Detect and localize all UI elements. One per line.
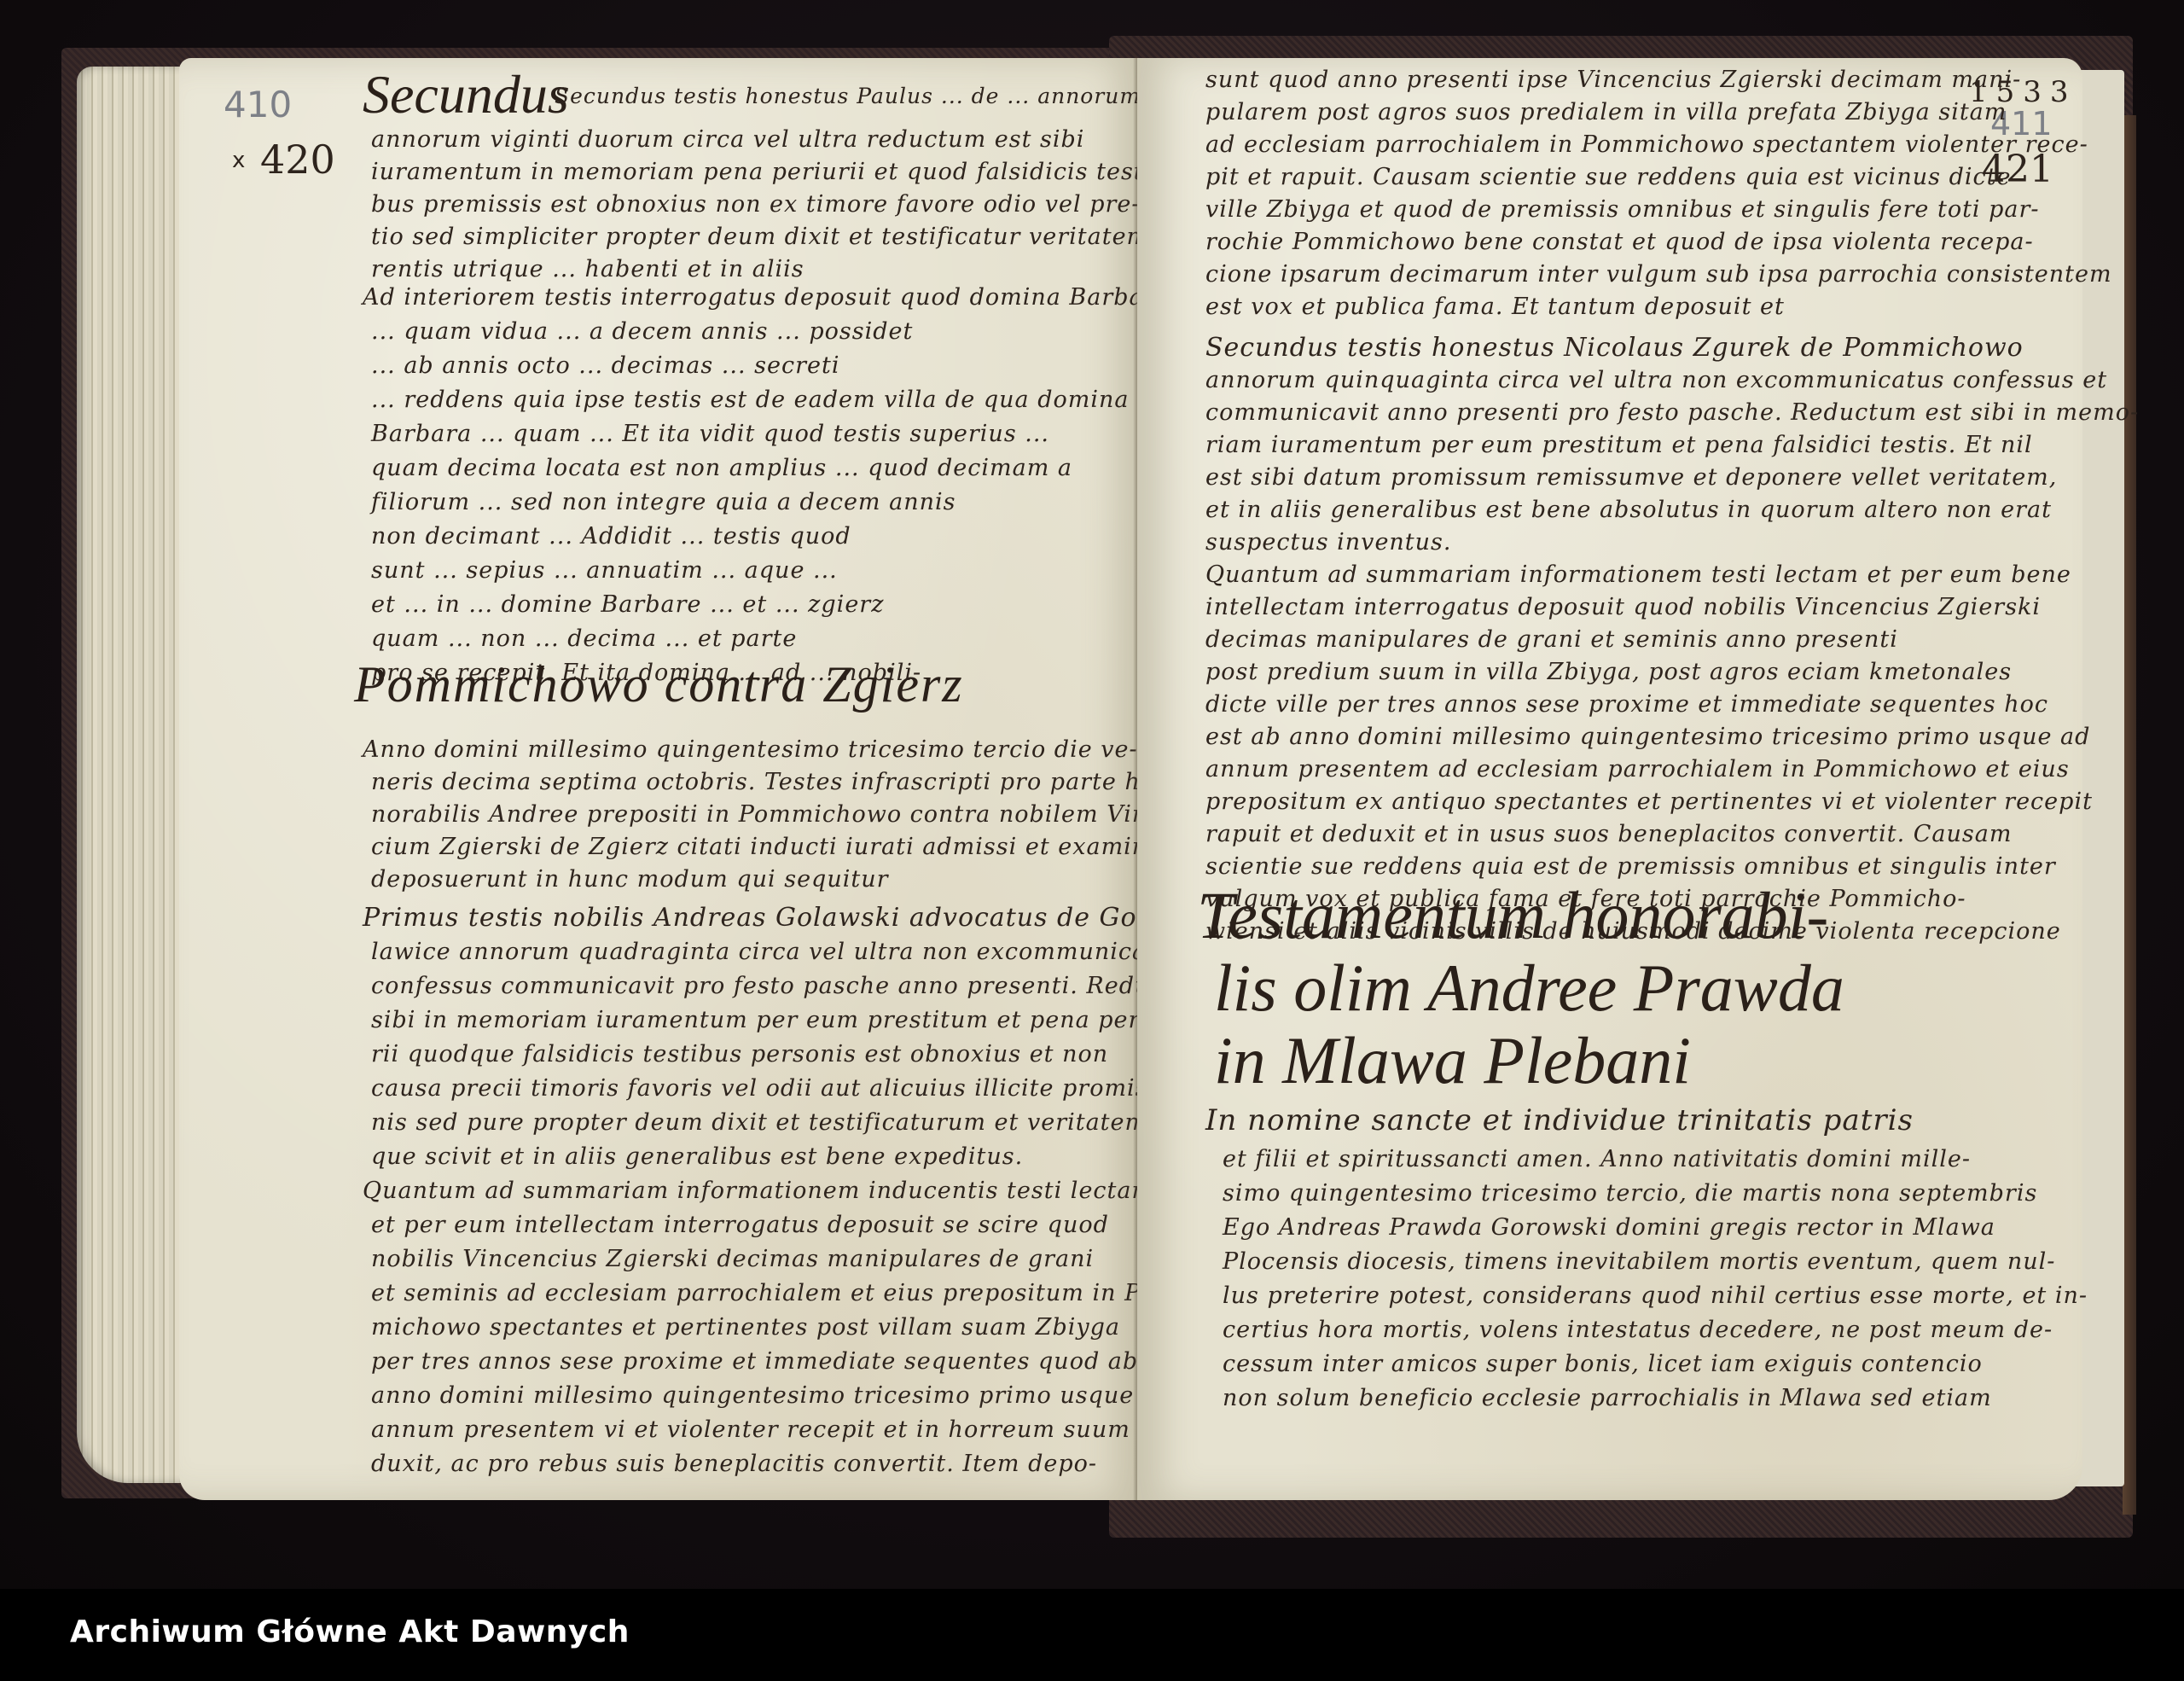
title-line: in Mlawa Plebani	[1214, 1022, 1691, 1099]
right-page: 1533 411 421 sunt quod anno presenti ips…	[1137, 58, 2082, 1500]
text-line: prepositum ex antiquo spectantes et pert…	[1205, 788, 2093, 815]
text-line: deposuerunt in hunc modum qui sequitur	[371, 866, 889, 893]
text-line: confessus communicavit pro festo pasche …	[371, 973, 1258, 999]
text-line: anno domini millesimo quingentesimo tric…	[371, 1382, 1172, 1409]
section-heading: Pommichowo contra Zgierz	[354, 655, 964, 714]
title-line: Testamentum honorabi-	[1197, 877, 1828, 954]
text-line: intellectam interrogatus deposuit quod n…	[1205, 594, 2041, 620]
text-line: simo quingentesimo tricesimo tercio, die…	[1223, 1180, 2037, 1207]
title-line: lis olim Andree Prawda	[1214, 950, 1844, 1027]
book-cover-edge	[2123, 115, 2136, 1515]
text-line: bus premissis est obnoxius non ex timore…	[371, 191, 1140, 218]
text-line: pularem post agros suos predialem in vil…	[1205, 99, 2007, 125]
text-line: rochie Pommichowo bene constat et quod d…	[1205, 229, 2034, 255]
text-line: quam decima locata est non amplius ... q…	[371, 455, 1072, 481]
folio-pencil-left: 410	[224, 84, 292, 125]
text-line: rii quodque falsidicis testibus personis…	[371, 1041, 1108, 1067]
text-line: suspectus inventus.	[1205, 529, 1452, 555]
text-line: rentis utrique ... habenti et in aliis	[371, 256, 804, 282]
manuscript-scan: 410 x 420 Secundus Secundus testis hones…	[0, 0, 2184, 1589]
text-line: Anno domini millesimo quingentesimo tric…	[363, 736, 1138, 763]
text-line: neris decima septima octobris. Testes in…	[371, 769, 1164, 795]
text-line: ... quam vidua ... a decem annis ... pos…	[371, 318, 913, 345]
text-line: duxit, ac pro rebus suis beneplacitis co…	[371, 1451, 1097, 1477]
text-line: iuramentum in memoriam pena periurii et …	[371, 159, 1160, 185]
text-line: post predium suum in villa Zbiyga, post …	[1205, 659, 2012, 685]
text-line: lawice annorum quadraginta circa vel ult…	[371, 939, 1185, 965]
text-line: et in aliis generalibus est bene absolut…	[1205, 497, 2052, 523]
text-line: Ad interiorem testis interrogatus deposu…	[363, 284, 1170, 311]
text-line: pit et rapuit. Causam scientie sue redde…	[1205, 164, 2011, 190]
text-line: annum presentem vi et violenter recepit …	[371, 1416, 1173, 1443]
folio-ink-left: 420	[260, 137, 335, 183]
text-line: et ... in ... domine Barbare ... et ... …	[371, 591, 884, 618]
text-line: dicte ville per tres annos sese proxime …	[1205, 691, 2048, 718]
text-line: scientie sue reddens quia est de premiss…	[1205, 853, 2056, 880]
text-line: quam ... non ... decima ... et parte	[371, 625, 797, 652]
text-line: Quantum ad summariam informationem induc…	[363, 1178, 1154, 1204]
text-line: Secundus testis honestus Nicolaus Zgurek…	[1205, 333, 2024, 363]
text-line: annorum quinquaginta circa vel ultra non…	[1205, 367, 2107, 393]
text-line: Primus testis nobilis Andreas Golawski a…	[363, 903, 1147, 933]
text-line: per tres annos sese proxime et immediate…	[371, 1348, 1138, 1375]
text-line: annorum viginti duorum circa vel ultra r…	[371, 126, 1084, 153]
text-line: Plocensis diocesis, timens inevitabilem …	[1223, 1248, 2055, 1275]
text-line: causa precii timoris favoris vel odii au…	[371, 1075, 1192, 1102]
text-line: sunt ... sepius ... annuatim ... aque ..…	[371, 557, 838, 584]
text-line: non decimant ... Addidit ... testis quod	[371, 523, 851, 550]
text-line: decimas manipulares de grani et seminis …	[1205, 626, 1898, 653]
footer-bar: Archiwum Główne Akt Dawnych	[0, 1589, 2184, 1681]
text-line: riam iuramentum per eum prestitum et pen…	[1205, 432, 2033, 458]
text-line: certius hora mortis, volens intestatus d…	[1223, 1317, 2053, 1343]
text-line: tio sed simpliciter propter deum dixit e…	[371, 224, 1196, 250]
text-line: cium Zgierski de Zgierz citati inducti i…	[371, 834, 1181, 860]
text-line: est vox et publica fama. Et tantum depos…	[1205, 294, 1785, 320]
text-line: rapuit et deduxit et in usus suos benepl…	[1205, 821, 2012, 847]
text-line: et filii et spiritussancti amen. Anno na…	[1223, 1146, 1971, 1172]
opening-word: Secundus	[363, 63, 569, 126]
text-line: sibi in memoriam iuramentum per eum pres…	[371, 1007, 1173, 1033]
archive-name: Archiwum Główne Akt Dawnych	[70, 1614, 630, 1649]
text-line: nis sed pure propter deum dixit et testi…	[371, 1109, 1194, 1136]
folio-mark: x	[232, 148, 245, 173]
text-line: est ab anno domini millesimo quingentesi…	[1205, 724, 2090, 750]
left-page: 410 x 420 Secundus Secundus testis hones…	[179, 58, 1141, 1500]
text-line: ... reddens quia ipse testis est de eade…	[371, 387, 1129, 413]
text-line: Ego Andreas Prawda Gorowski domini gregi…	[1223, 1214, 1995, 1241]
text-line: nobilis Vincencius Zgierski decimas mani…	[371, 1246, 1094, 1272]
text-line: Barbara ... quam ... Et ita vidit quod t…	[371, 421, 1049, 447]
text-line: In nomine sancte et individue trinitatis…	[1205, 1103, 1914, 1137]
text-line: ... ab annis octo ... decimas ... secret…	[371, 352, 839, 379]
text-line: et seminis ad ecclesiam parrochialem et …	[371, 1280, 1164, 1306]
text-line: Secundus testis honestus Paulus ... de .…	[555, 84, 1141, 108]
text-line: que scivit et in aliis generalibus est b…	[371, 1143, 1023, 1170]
text-line: cione ipsarum decimarum inter vulgum sub…	[1205, 261, 2112, 288]
text-line: norabilis Andree prepositi in Pommichowo…	[371, 801, 1200, 828]
text-line: et per eum intellectam interrogatus depo…	[371, 1212, 1109, 1238]
text-line: cessum inter amicos super bonis, licet i…	[1223, 1351, 1983, 1377]
text-line: sunt quod anno presenti ipse Vincencius …	[1205, 67, 2021, 93]
text-line: lus preterire potest, considerans quod n…	[1223, 1283, 2088, 1309]
text-line: non solum beneficio ecclesie parrochiali…	[1223, 1385, 1992, 1411]
text-line: ville Zbiyga et quod de premissis omnibu…	[1205, 196, 2040, 223]
text-line: communicavit anno presenti pro festo pas…	[1205, 399, 2139, 426]
page-block-edge	[77, 67, 188, 1483]
text-line: est sibi datum promissum remissumve et d…	[1205, 464, 2057, 491]
text-line: annum presentem ad ecclesiam parrochiale…	[1205, 756, 2070, 782]
text-line: ad ecclesiam parrochialem in Pommichowo …	[1205, 131, 2088, 158]
text-line: michowo spectantes et pertinentes post v…	[371, 1314, 1120, 1341]
text-line: Quantum ad summariam informationem testi…	[1205, 561, 2071, 588]
text-line: filiorum ... sed non integre quia a dece…	[371, 489, 955, 515]
